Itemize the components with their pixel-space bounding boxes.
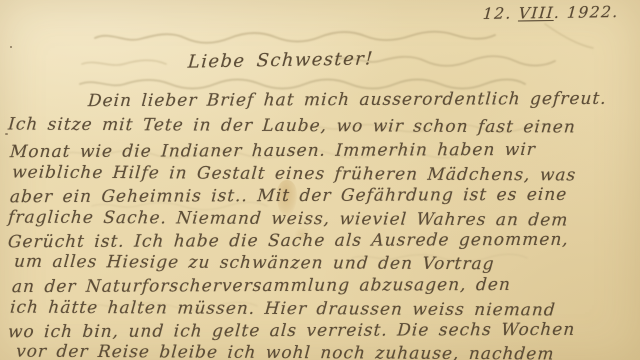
letter-line: an der Naturforscherversammlung abzusage… <box>11 275 511 297</box>
salutation: Liebe Schwester! <box>187 48 374 72</box>
letter-line: Ich sitze mit Tete in der Laube, wo wir … <box>7 115 576 138</box>
letter-line: Gerücht ist. Ich habe die Sache als Ausr… <box>7 230 569 252</box>
letter-line: weibliche Hilfe in Gestalt eines frühere… <box>11 163 577 186</box>
letter-line: wo ich bin, und ich gelte als verreist. … <box>7 320 576 342</box>
ink-speck <box>10 46 12 48</box>
date-day: 12. <box>482 5 513 23</box>
letter-line: aber ein Geheimnis ist.. Mit der Gefährd… <box>9 185 568 207</box>
letter-line: vor der Reise bleibe ich wohl noch zuhau… <box>15 342 555 360</box>
date-line: 12. VIII. 1922. <box>482 3 619 23</box>
letter-line: ich hätte halten müssen. Hier draussen w… <box>9 298 556 321</box>
letter-page: 12. VIII. 1922. Liebe Schwester! Dein li… <box>0 0 640 360</box>
date-month-roman: VIII <box>518 4 555 22</box>
letter-line: Monat wie die Indianer hausen. Immerhin … <box>9 140 536 162</box>
letter-line: Dein lieber Brief hat mich ausserordentl… <box>87 89 607 111</box>
date-year: . 1922. <box>553 3 619 22</box>
letter-line: um alles Hiesige zu schwänzen und den Vo… <box>13 252 495 275</box>
letter-line: fragliche Sache. Niemand weiss, wieviel … <box>7 208 569 231</box>
